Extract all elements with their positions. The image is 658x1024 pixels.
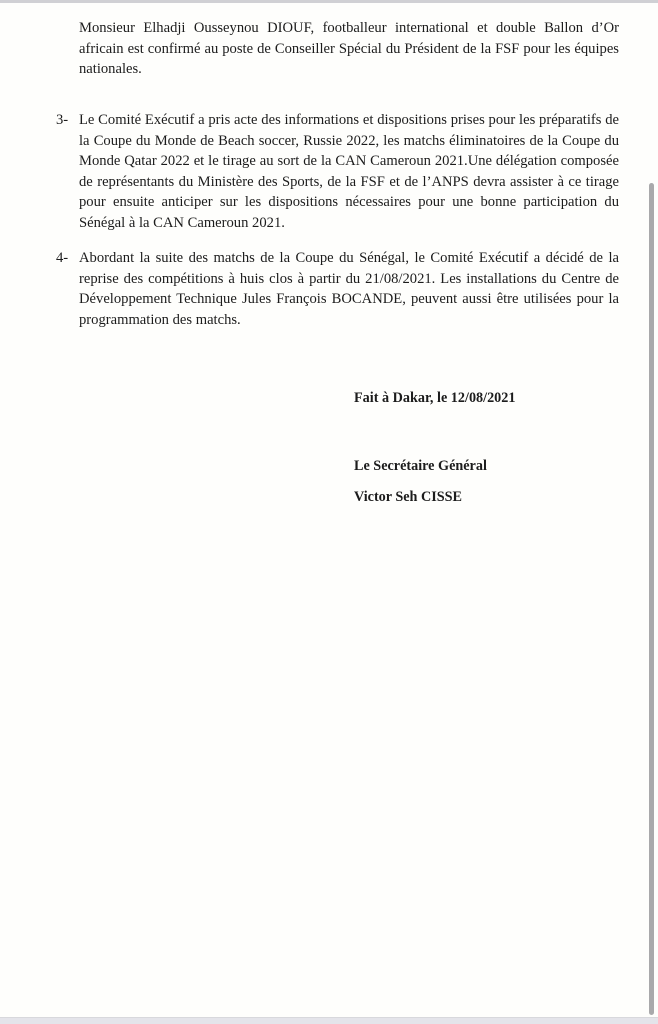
list-item: 4- Abordant la suite des matchs de la Co… <box>56 248 619 330</box>
signature-title: Le Secrétaire Général <box>354 457 487 475</box>
item-text: Abordant la suite des matchs de la Coupe… <box>79 248 619 330</box>
list-item: 3- Le Comité Exécutif a pris acte des in… <box>56 110 619 233</box>
bottom-edge <box>0 1017 658 1024</box>
item-number: 4- <box>56 248 78 269</box>
item-number: 3- <box>56 110 78 131</box>
signature-name: Victor Seh CISSE <box>354 488 462 506</box>
intro-paragraph: Monsieur Elhadji Ousseynou DIOUF, footba… <box>79 18 619 80</box>
signature-place-date: Fait à Dakar, le 12/08/2021 <box>354 389 515 407</box>
document-page: Monsieur Elhadji Ousseynou DIOUF, footba… <box>0 3 658 1017</box>
item-text: Le Comité Exécutif a pris acte des infor… <box>79 110 619 233</box>
vertical-scrollbar[interactable] <box>649 183 654 1015</box>
